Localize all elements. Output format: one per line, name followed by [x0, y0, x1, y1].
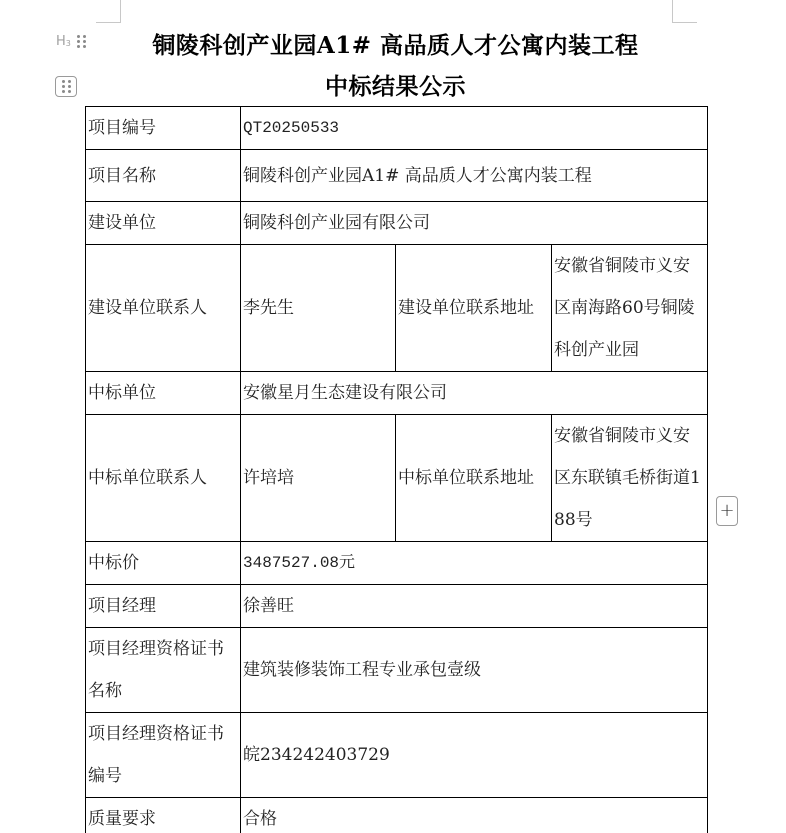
cell-value[interactable]: 3487527.08元 — [241, 542, 708, 585]
table-row-quality: 质量要求 合格 — [86, 798, 708, 833]
cell-label[interactable]: 建设单位联系地址 — [396, 245, 552, 372]
cell-label[interactable]: 中标价 — [86, 542, 241, 585]
cell-label[interactable]: 建设单位联系人 — [86, 245, 241, 372]
table-row-winner: 中标单位 安徽星月生态建设有限公司 — [86, 372, 708, 415]
table-drag-handle[interactable] — [55, 76, 77, 97]
cell-value[interactable]: 合格 — [241, 798, 708, 833]
table-row-project-no: 项目编号 QT20250533 — [86, 107, 708, 150]
cell-label[interactable]: 项目名称 — [86, 150, 241, 202]
add-row-button[interactable]: + — [716, 496, 738, 526]
document-subtitle: 中标结果公示 — [85, 68, 706, 101]
table-row-project-name: 项目名称 铜陵科创产业园A1# 高品质人才公寓内装工程 — [86, 150, 708, 202]
page-corner-mark-left — [96, 0, 121, 23]
cell-label[interactable]: 项目经理资格证书名称 — [86, 628, 241, 713]
cell-value[interactable]: 徐善旺 — [241, 585, 708, 628]
cell-value[interactable]: QT20250533 — [241, 107, 708, 150]
table-row-project-manager: 项目经理 徐善旺 — [86, 585, 708, 628]
drag-handle-icon — [62, 80, 71, 93]
cell-value[interactable]: 皖234242403729 — [241, 713, 708, 798]
table-row-winner-contact: 中标单位联系人 许培培 中标单位联系地址 安徽省铜陵市义安区东联镇毛桥街道188… — [86, 415, 708, 542]
cell-label[interactable]: 中标单位联系人 — [86, 415, 241, 542]
cell-label[interactable]: 建设单位 — [86, 202, 241, 245]
cell-value[interactable]: 铜陵科创产业园A1# 高品质人才公寓内装工程 — [241, 150, 708, 202]
document-title: 铜陵科创产业园A1# 高品质人才公寓内装工程 — [85, 27, 706, 60]
bid-result-table: 项目编号 QT20250533 项目名称 铜陵科创产业园A1# 高品质人才公寓内… — [85, 106, 708, 833]
cell-value[interactable]: 铜陵科创产业园有限公司 — [241, 202, 708, 245]
cell-label[interactable]: 项目经理 — [86, 585, 241, 628]
heading-level-icon: H3 — [56, 34, 71, 49]
cell-value[interactable]: 李先生 — [241, 245, 396, 372]
cell-label[interactable]: 项目经理资格证书编号 — [86, 713, 241, 798]
cell-label[interactable]: 质量要求 — [86, 798, 241, 833]
page-corner-mark-right — [672, 0, 697, 23]
table-row-pm-cert-name: 项目经理资格证书名称 建筑装修装饰工程专业承包壹级 — [86, 628, 708, 713]
cell-value[interactable]: 许培培 — [241, 415, 396, 542]
cell-label[interactable]: 中标单位联系地址 — [396, 415, 552, 542]
table-row-pm-cert-no: 项目经理资格证书编号 皖234242403729 — [86, 713, 708, 798]
cell-label[interactable]: 项目编号 — [86, 107, 241, 150]
cell-value[interactable]: 安徽星月生态建设有限公司 — [241, 372, 708, 415]
table-row-owner-contact: 建设单位联系人 李先生 建设单位联系地址 安徽省铜陵市义安区南海路60号铜陵科创… — [86, 245, 708, 372]
cell-value[interactable]: 安徽省铜陵市义安区南海路60号铜陵科创产业园 — [552, 245, 708, 372]
plus-icon: + — [719, 502, 734, 520]
cell-value[interactable]: 建筑装修装饰工程专业承包壹级 — [241, 628, 708, 713]
table-row-bid-price: 中标价 3487527.08元 — [86, 542, 708, 585]
cell-value[interactable]: 安徽省铜陵市义安区东联镇毛桥街道188号 — [552, 415, 708, 542]
cell-label[interactable]: 中标单位 — [86, 372, 241, 415]
heading-level-indicator[interactable]: H3 — [56, 34, 86, 49]
table-row-owner: 建设单位 铜陵科创产业园有限公司 — [86, 202, 708, 245]
